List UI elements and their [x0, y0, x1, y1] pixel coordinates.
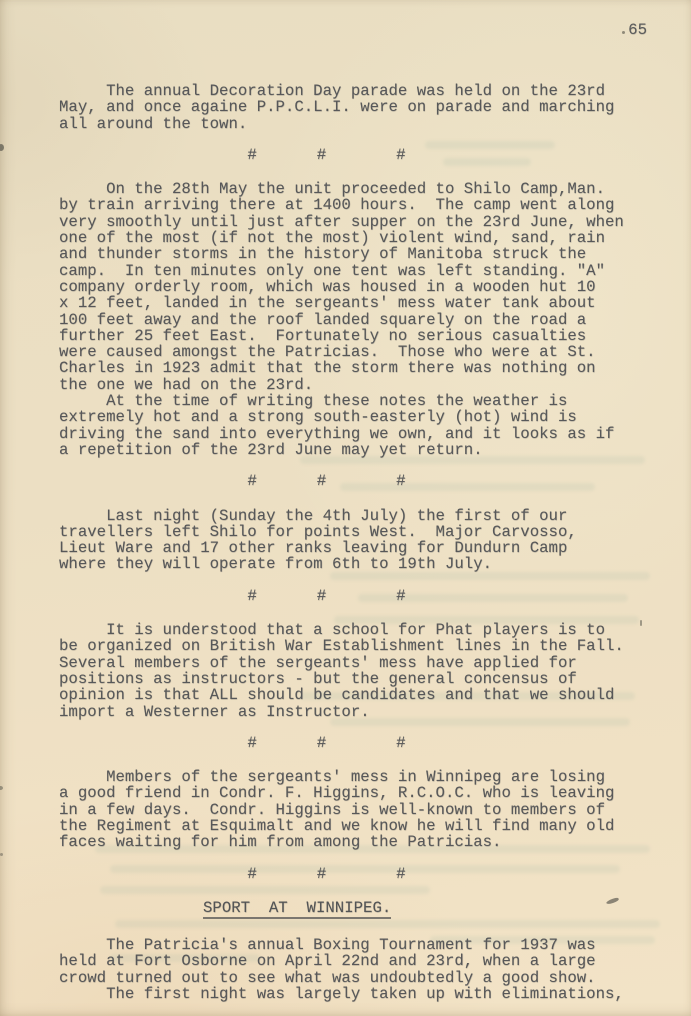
text-line: further 25 feet East. Fortunately no ser…: [59, 328, 691, 344]
section-separator: # # #: [59, 866, 691, 882]
text-line: held at Fort Osborne on April 22nd and 2…: [59, 953, 691, 969]
paragraph: Members of the sergeants' mess in Winnip…: [59, 769, 691, 850]
text-line: company orderly room, which was housed i…: [59, 279, 691, 295]
text-line: Lieut Ware and 17 other ranks leaving fo…: [59, 540, 691, 556]
text-line: Charles in 1923 admit that the storm the…: [59, 360, 691, 376]
section-separator: # # #: [59, 735, 691, 751]
scanned-document-page: 65 The annual Decoration Day parade was …: [0, 0, 691, 1016]
text-line: May, and once againe P.P.C.L.I. were on …: [59, 99, 691, 115]
text-line: were caused amongst the Patricias. Those…: [59, 344, 691, 360]
text-line: It is understood that a school for Phat …: [59, 622, 691, 638]
paragraph: The Patricia's annual Boxing Tournament …: [59, 937, 691, 1002]
text-line: where they will operate from 6th to 19th…: [59, 556, 691, 572]
text-line: all around the town.: [59, 116, 691, 132]
text-line: and thunder storms in the history of Man…: [59, 246, 691, 262]
text-line: a good friend in Condr. F. Higgins, R.C.…: [59, 785, 691, 801]
ink-speck: [640, 620, 642, 626]
text-line: the one we had on the 23rd.: [59, 377, 691, 393]
text-line: the Regiment at Esquimalt and we know he…: [59, 818, 691, 834]
text-line: in a few days. Condr. Higgins is well-kn…: [59, 802, 691, 818]
text-line: Last night (Sunday the 4th July) the fir…: [59, 508, 691, 524]
text-line: opinion is that ALL should be candidates…: [59, 687, 691, 703]
ink-speck: [622, 31, 625, 34]
text-line: The annual Decoration Day parade was hel…: [59, 83, 691, 99]
text-line: travellers left Shilo for points West. M…: [59, 524, 691, 540]
text-line: extremely hot and a strong south-easterl…: [59, 409, 691, 425]
text-line: Several members of the sergeants' mess h…: [59, 655, 691, 671]
section-separator: # # #: [59, 473, 691, 489]
text-line: On the 28th May the unit proceeded to Sh…: [59, 181, 691, 197]
text-line: a repetition of the 23rd June may yet re…: [59, 442, 691, 458]
typewritten-content: The annual Decoration Day parade was hel…: [0, 0, 691, 1002]
paragraph: On the 28th May the unit proceeded to Sh…: [59, 181, 691, 393]
text-line: import a Westerner as Instructor.: [59, 704, 691, 720]
text-line: very smoothly until just after supper on…: [59, 214, 691, 230]
section-separator: # # #: [59, 147, 691, 163]
ink-speck: [0, 853, 3, 856]
text-line: positions as instructors - but the gener…: [59, 671, 691, 687]
paragraph: The annual Decoration Day parade was hel…: [59, 83, 691, 132]
text-line: by train arriving there at 1400 hours. T…: [59, 197, 691, 213]
text-line: At the time of writing these notes the w…: [59, 393, 691, 409]
text-line: one of the most (if not the most) violen…: [59, 230, 691, 246]
section-separator: # # #: [59, 588, 691, 604]
text-line: x 12 feet, landed in the sergeants' mess…: [59, 295, 691, 311]
section-heading-row: SPORT AT WINNIPEG.: [59, 900, 691, 919]
text-line: Members of the sergeants' mess in Winnip…: [59, 769, 691, 785]
text-line: be organized on British War Establishmen…: [59, 638, 691, 654]
text-line: faces waiting for him from among the Pat…: [59, 834, 691, 850]
text-line: driving the sand into everything we own,…: [59, 426, 691, 442]
text-line: The Patricia's annual Boxing Tournament …: [59, 937, 691, 953]
paragraph: It is understood that a school for Phat …: [59, 622, 691, 720]
paragraph: At the time of writing these notes the w…: [59, 393, 691, 458]
text-line: camp. In ten minutes only one tent was l…: [59, 263, 691, 279]
section-heading: SPORT AT WINNIPEG.: [203, 900, 391, 919]
paragraph: Last night (Sunday the 4th July) the fir…: [59, 508, 691, 573]
text-line: crowd turned out to see what was undoubt…: [59, 970, 691, 986]
text-line: 100 feet away and the roof landed square…: [59, 312, 691, 328]
text-line: The first night was largely taken up wit…: [59, 986, 691, 1002]
